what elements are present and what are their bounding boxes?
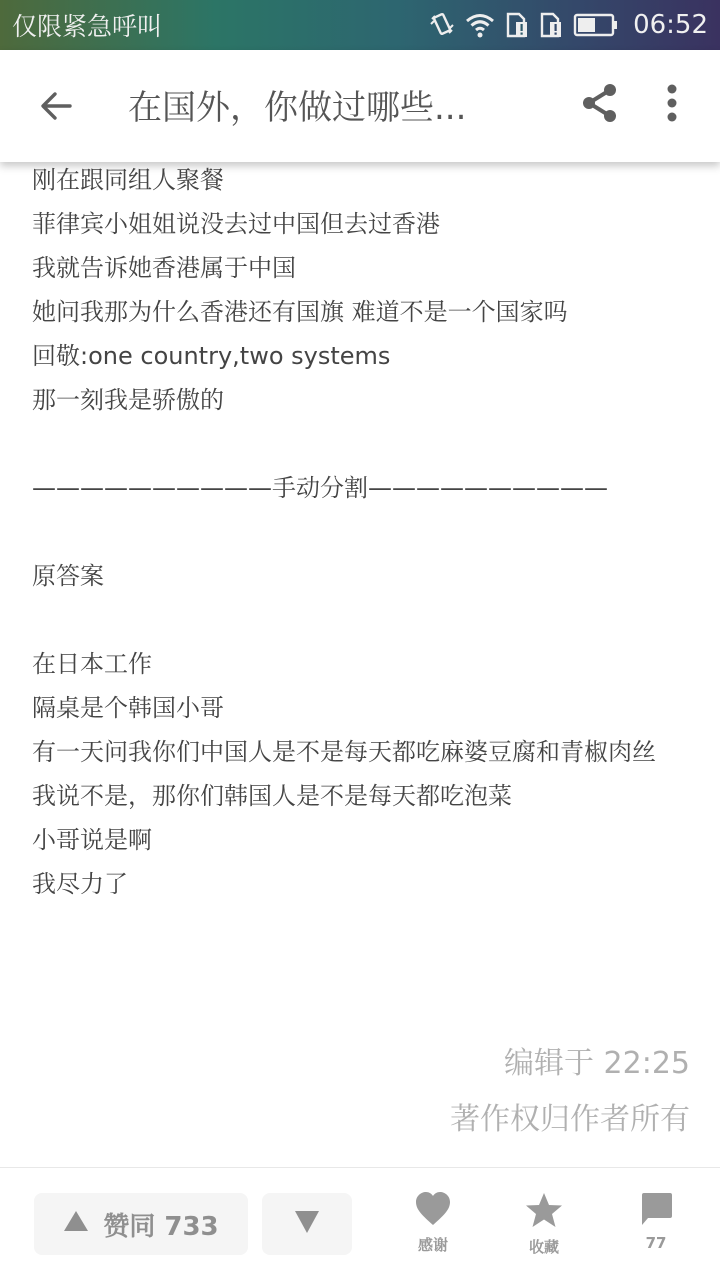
arrow-left-icon [38,88,74,128]
answer-line: 她问我那为什么香港还有国旗 难道不是一个国家吗 [32,290,692,334]
thanks-button[interactable]: 感谢 [393,1192,473,1262]
answer-line: 那一刻我是骄傲的 [32,378,692,422]
answer-line: 我说不是，那你们韩国人是不是每天都吃泡菜 [32,774,692,818]
star-icon [525,1192,563,1232]
upvote-button[interactable]: 赞同 733 [34,1193,248,1255]
answer-body: 刚在跟同组人聚餐 菲律宾小姐姐说没去过中国但去过香港 我就告诉她香港属于中国 她… [32,158,692,906]
clock: 06:52 [633,10,708,40]
answer-line: 有一天问我你们中国人是不是每天都吃麻婆豆腐和青椒肉丝 [32,730,692,774]
share-button[interactable] [578,82,622,128]
app-bar: 在国外，你做过哪些... [0,50,720,162]
status-bar: 仅限紧急呼叫 06:52 [0,0,720,50]
edited-time: 编辑于 22:25 [450,1036,690,1092]
more-vert-icon [666,83,678,127]
battery-icon [573,13,619,37]
comment-icon [639,1192,673,1230]
answer-line: 我尽力了 [32,862,692,906]
section-heading: 原答案 [32,554,692,598]
answer-line: 隔桌是个韩国小哥 [32,686,692,730]
sim1-alert-icon [505,12,529,38]
share-icon [580,82,620,128]
answer-line: 刚在跟同组人聚餐 [32,158,692,202]
page-title: 在国外，你做过哪些... [128,80,466,129]
blank-line [32,422,692,466]
answer-line: 我就告诉她香港属于中国 [32,246,692,290]
comments-count: 77 [646,1234,667,1252]
answer-meta: 编辑于 22:25 著作权归作者所有 [450,1036,690,1148]
collect-label: 收藏 [529,1236,559,1257]
triangle-up-icon [63,1209,89,1239]
upvote-label: 赞同 733 [103,1206,218,1243]
bottom-action-bar: 赞同 733 感谢 收藏 77 [0,1167,720,1280]
divider-text: ——————————手动分割—————————— [32,466,692,510]
status-icons: 06:52 [429,10,708,40]
downvote-button[interactable] [262,1193,352,1255]
collect-button[interactable]: 收藏 [504,1192,584,1262]
sim2-alert-icon [539,12,563,38]
vibrate-icon [429,11,455,39]
blank-line [32,510,692,554]
answer-line: 回敬:one country,two systems [32,334,692,378]
carrier-text: 仅限紧急呼叫 [12,7,162,43]
back-button[interactable] [34,86,78,130]
comments-button[interactable]: 77 [616,1192,696,1262]
thanks-label: 感谢 [418,1234,448,1255]
heart-icon [415,1192,451,1230]
triangle-down-icon [294,1210,320,1238]
answer-line: 菲律宾小姐姐说没去过中国但去过香港 [32,202,692,246]
blank-line [32,598,692,642]
answer-line: 小哥说是啊 [32,818,692,862]
copyright-notice: 著作权归作者所有 [450,1092,690,1148]
wifi-icon [465,12,495,38]
answer-line: 在日本工作 [32,642,692,686]
more-options-button[interactable] [652,82,692,128]
